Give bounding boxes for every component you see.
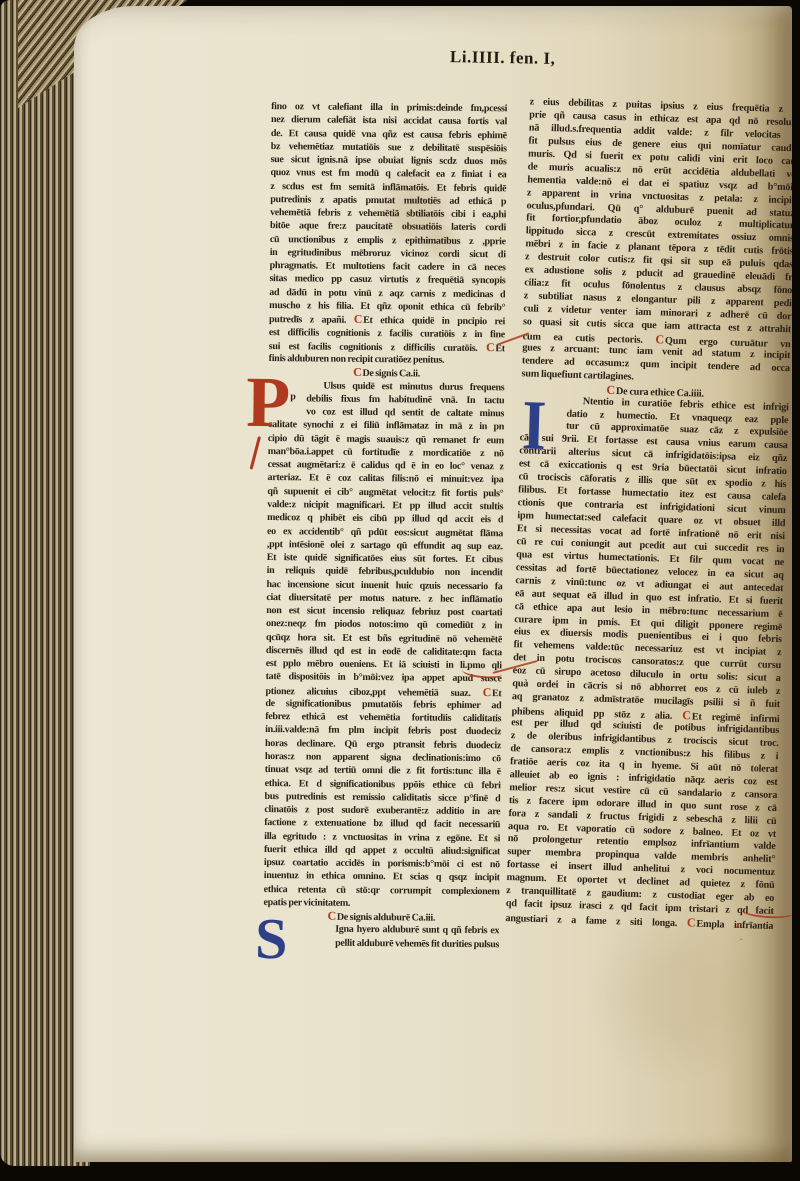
text-line: finis alduburen non recipit curatiōez pe… [269,352,505,368]
capitulum-mark: C [682,708,691,722]
text-column-right: I z eius debilitas z puitas ipsius z eiu… [505,96,792,940]
capitulum-mark: C [655,332,664,346]
capitulum-mark: C [486,340,495,354]
capitulum-mark: C [606,382,615,396]
quire-mark: · [740,936,742,944]
capitulum-mark: C [687,915,696,929]
initial-p-flourish [250,436,261,470]
text-line: epatis per vicinitatem. [263,896,499,912]
capitulum-mark: C [353,365,362,379]
capitulum-mark: C [483,685,492,699]
folio-header: Li.IIII. fen. I, [450,47,556,69]
text-column-left: P p S fino oz vt calefiant illa in primi… [263,100,507,954]
capitulum-mark: C [327,909,336,923]
photographed-book-page: Li.IIII. fen. I, P p S fino oz vt calefi… [0,0,800,1181]
capitulum-mark: C [354,312,363,326]
quire-mark: a [736,922,740,930]
manuscript-leaf: Li.IIII. fen. I, P p S fino oz vt calefi… [74,6,792,1162]
text-line: pellit alduburē vehemēs fit durities pul… [263,936,499,952]
guide-letter-p: p [290,390,295,403]
